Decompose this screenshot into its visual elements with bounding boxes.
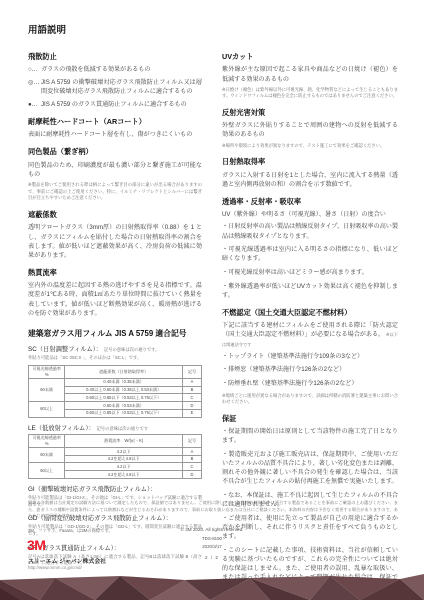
section-shading-coefficient: 遮蔽係数 透明フロートガラス（3mm厚）の日射熱取得率（0.88）を 1 とし、…	[28, 210, 202, 260]
table-row: 60未満 0.40未満（0.35未満） A	[29, 378, 202, 386]
gi-label: GI（衝撃破壊対応ガラス飛散防止フィルム）：	[28, 484, 202, 493]
table-cell: 60未満	[29, 448, 65, 463]
section-heading: 飛散防止	[28, 52, 202, 61]
table-row: 60未満 4.2以下 A	[29, 448, 202, 456]
bullet-item: ・製造販売元および施工販売店は、保証期間中、ご使用いただいたフィルムの品質不具合…	[222, 450, 398, 487]
table-cell: 60以上	[29, 402, 65, 417]
bullet-item: ・排煙窓（建築基準法施行令126条の2など）	[222, 365, 398, 374]
table-cell: 0.60以上 0.85以下（0.53以上 0.75以下）	[65, 409, 183, 417]
table-cell: 4.2を超え4.8以下	[65, 471, 183, 479]
company-name: スリーエム ジャパン株式会社	[28, 556, 106, 565]
section-footnote: ※地域ごとに運用が異なる場合がありますので、詳細は所轄の消防署と建築主事にお問い…	[222, 393, 398, 406]
le-table: 可視光線透過率 % 熱貫流率 W/(㎡・K) 記号 60未満 4.2以下 A 4…	[28, 434, 202, 479]
sc-footnote: 外貼り可能品は「SC I/SC II 」、そのほかは「SC L」です。	[28, 355, 202, 362]
table-cell: B	[182, 455, 201, 463]
table-cell: 0.40以上 0.60未満（0.35以上 0.53未満）	[65, 386, 183, 394]
section-uv-cut: UVカット 紫外線が主な原因で起こる家具や商品などの日焼け（褪色）を低減する効果…	[222, 52, 398, 100]
section-heading: 遮蔽係数	[28, 210, 202, 219]
section-ar-coat: 耐摩耗性ハードコート（ARコート） 表面に耐摩耗性ハードコート層を有し、傷がつき…	[28, 117, 202, 140]
document-number: TDS-8150	[0, 535, 424, 543]
page-title: 用語説明	[0, 0, 424, 36]
section-body: 透明フロートガラス（3mm厚）の日射熱取得率（0.88）を 1 とし、ガラスにフ…	[28, 223, 202, 260]
section-footnote: ※場所や環境により効果が異なりますので、テスト施工にて効果をご確認ください。	[222, 143, 398, 150]
section-body: 表面に耐摩耗性ハードコート層を有し、傷がつきにくいもの	[28, 130, 202, 139]
copyright-line: © 3M 2020. All rights reserved.	[0, 526, 424, 535]
footer-band-graphic	[0, 574, 424, 600]
circle-double-icon: ◎…	[28, 78, 41, 96]
section-heat-transmission: 熱貫流率 室内外の温度差に起因する熱の逃げやすさを見る指標です。温度差が1℃ある…	[28, 268, 202, 318]
table-cell: 4.2以下	[65, 463, 183, 471]
bullet-item: ・可視光線反射率は高いほどミラー感が高まります。	[222, 268, 398, 277]
bottom-disclaimer: 掲載の各数値は当社規定の試験方法に基づいて測定したもので、保証値ではありません。…	[28, 500, 398, 520]
section-heading: 耐摩耗性ハードコート（ARコート）	[28, 117, 202, 126]
section-heading: UVカット	[222, 52, 398, 61]
legend-item: ●… JIS A 5759 のガラス貫通防止フィルムに適合するもの	[28, 100, 202, 109]
section-heading: 日射熱取得率	[222, 157, 398, 166]
legend-text: ガラスの飛散を低減する効果があるもの	[41, 65, 202, 74]
table-cell: A	[182, 448, 201, 456]
le-label: LE（低放射フィルム）： 記号の意味は次の通りです	[28, 423, 202, 432]
legend-item: ○… ガラスの飛散を低減する効果があるもの	[28, 65, 202, 74]
table-header: 記号	[182, 434, 201, 447]
section-noncombustible: 不燃認定（国土交通大臣認定不燃材料） 下記に該当する建材にフィルムをご使用される…	[222, 308, 398, 406]
jis-heading: 建築窓ガラス用フィルム JIS A 5759 適合記号	[28, 328, 202, 339]
document-page: 用語説明 飛散防止 ○… ガラスの飛散を低減する効果があるもの ◎… JIS A…	[0, 0, 424, 600]
section-body: 外壁ガラスに外貼りすることで周囲の建物への反射を低減する効果のあるもの	[222, 121, 398, 139]
table-cell: C	[182, 463, 201, 471]
table-cell: D	[182, 471, 201, 479]
table-cell: E	[182, 409, 201, 417]
table-cell: 4.2を超え4.8以下	[65, 455, 183, 463]
section-heading: 反射光害対策	[222, 108, 398, 117]
section-same-color: 同色製品（繋ぎ柄） 同色製品のため、印刷濃度が最も濃い部分と繋ぎ施工が可能なもの…	[28, 147, 202, 202]
bullet-item: ・トップライト（建築基準法施行令109条の3など）	[222, 352, 398, 361]
legend-item: ◎… JIS A 5759 の衝撃破壊対応ガラス飛散防止フィルム又は層間変位破壊…	[28, 78, 202, 96]
document-date: 2020/3/17	[0, 543, 424, 551]
table-header: 可視光線透過率 %	[29, 365, 65, 378]
table-cell: 0.60以上 0.85以下（0.53以上 0.75以下）	[65, 394, 183, 402]
legend-text: JIS A 5759 のガラス貫通防止フィルムに適合するもの	[41, 100, 202, 109]
section-body: 室内外の温度差に起因する熱の逃げやすさを見る指標です。温度差が1℃ある時、面積1…	[28, 281, 202, 318]
section-shatter-prevention: 飛散防止 ○… ガラスの飛散を低減する効果があるもの ◎… JIS A 5759…	[28, 52, 202, 109]
bullet-item: ・保証期間の開始日は原則として当該物件の施工完了日となります。	[222, 427, 398, 445]
section-body: ガラスに入射する日射を1とした場合、室内に流入する熱量（透過と室内側再放射の和）…	[222, 171, 398, 189]
table-cell: 60未満	[29, 378, 65, 401]
section-body: 下記に該当する建材にフィルムをご使用される際に「防火認定（国土交通大臣認定不燃材…	[222, 321, 398, 348]
table-cell: 60以上	[29, 463, 65, 478]
bullet-item: ・紫外線透過率が低いほどUVカット効果は高く褪色を抑制します。	[222, 282, 398, 300]
section-body: 同色製品のため、印刷濃度が最も濃い部分と繋ぎ施工が可能なもの	[28, 161, 202, 179]
table-header: 熱貫流率 W/(㎡・K)	[65, 434, 183, 447]
body-text: 下記に該当する建材にフィルムをご使用される際に「防火認定（国土交通大臣認定不燃材…	[222, 322, 398, 338]
table-cell: 4.2以下	[65, 448, 183, 456]
3m-logo: 3M	[27, 538, 45, 552]
sc-label-text: SC（日射調整フィルム）：	[28, 346, 102, 353]
section-body: 紫外線が主な原因で起こる家具や商品などの日焼け（褪色）を低減する効果のあるもの	[222, 65, 398, 83]
table-header: 遮蔽係数（日射熱取得率）	[65, 365, 183, 378]
legend-text: JIS A 5759 の衝撃破壊対応ガラス飛散防止フィルム又は層間変位破壊対応ガ…	[41, 78, 202, 96]
section-heading: 熱貫流率	[28, 268, 202, 277]
le-label-text: LE（低放射フィルム）：	[28, 425, 95, 432]
table-cell: 0.40未満（0.35未満）	[65, 378, 183, 386]
section-heading: 保証	[222, 414, 398, 423]
sc-label: SC（日射調整フィルム）： 記号の意味は次の通りです。	[28, 344, 202, 353]
table-cell: C	[182, 394, 201, 402]
section-lead: UV（紫外線）や明るさ（可視光線）、暑さ（日射）の度合い	[222, 210, 398, 219]
company-url: http://www.mmm.co.jp/cmd/	[28, 565, 82, 570]
circle-filled-icon: ●…	[28, 100, 41, 109]
table-header: 可視光線透過率 %	[29, 434, 65, 447]
section-footnote: ※日焼け（褪色）は紫外線以外に可視光線、熱、化学物質などによって生じることもあり…	[222, 87, 398, 100]
bullet-item: ・防煙垂れ壁（建築基準法施行令126条の2など）	[222, 379, 398, 388]
table-header: 記号	[182, 365, 201, 378]
table-row: 60以上 0.60未満（0.53未満） D	[29, 402, 202, 410]
section-heading: 透過率・反射率・吸収率	[222, 197, 398, 206]
section-solar-heat-gain: 日射熱取得率 ガラスに入射する日射を1とした場合、室内に流入する熱量（透過と室内…	[222, 157, 398, 189]
section-transmittance: 透過率・反射率・吸収率 UV（紫外線）や明るさ（可視光線）、暑さ（日射）の度合い…	[222, 197, 398, 300]
section-reflection-glare: 反射光害対策 外壁ガラスに外貼りすることで周囲の建物への反射を低減する効果のある…	[222, 108, 398, 149]
table-cell: 0.60未満（0.53未満）	[65, 402, 183, 410]
bullet-item: ・日射反射率の高い製品は熱線反射タイプ、日射吸収率の高い製品は熱線吸収タイプとな…	[222, 222, 398, 240]
bullet-item: ・可視光線透過率は室内に入る明るさの指標になり、低いほど暗くなります。	[222, 245, 398, 263]
section-footnote: ※製品を除いてご使用される際は柄によって繋ぎ目の部分に違いが出る場合がありますの…	[28, 182, 202, 202]
table-cell: A	[182, 378, 201, 386]
section-heading: 同色製品（繋ぎ柄）	[28, 147, 202, 156]
circle-open-icon: ○…	[28, 65, 41, 74]
table-cell: B	[182, 386, 201, 394]
le-label-sub: 記号の意味は次の通りです	[97, 426, 149, 431]
sc-table: 可視光線透過率 % 遮蔽係数（日射熱取得率） 記号 60未満 0.40未満（0.…	[28, 365, 202, 418]
table-cell: D	[182, 402, 201, 410]
section-heading: 不燃認定（国土交通大臣認定不燃材料）	[222, 308, 398, 317]
table-row: 60以上 4.2以下 C	[29, 463, 202, 471]
sc-label-sub: 記号の意味は次の通りです。	[104, 347, 160, 352]
